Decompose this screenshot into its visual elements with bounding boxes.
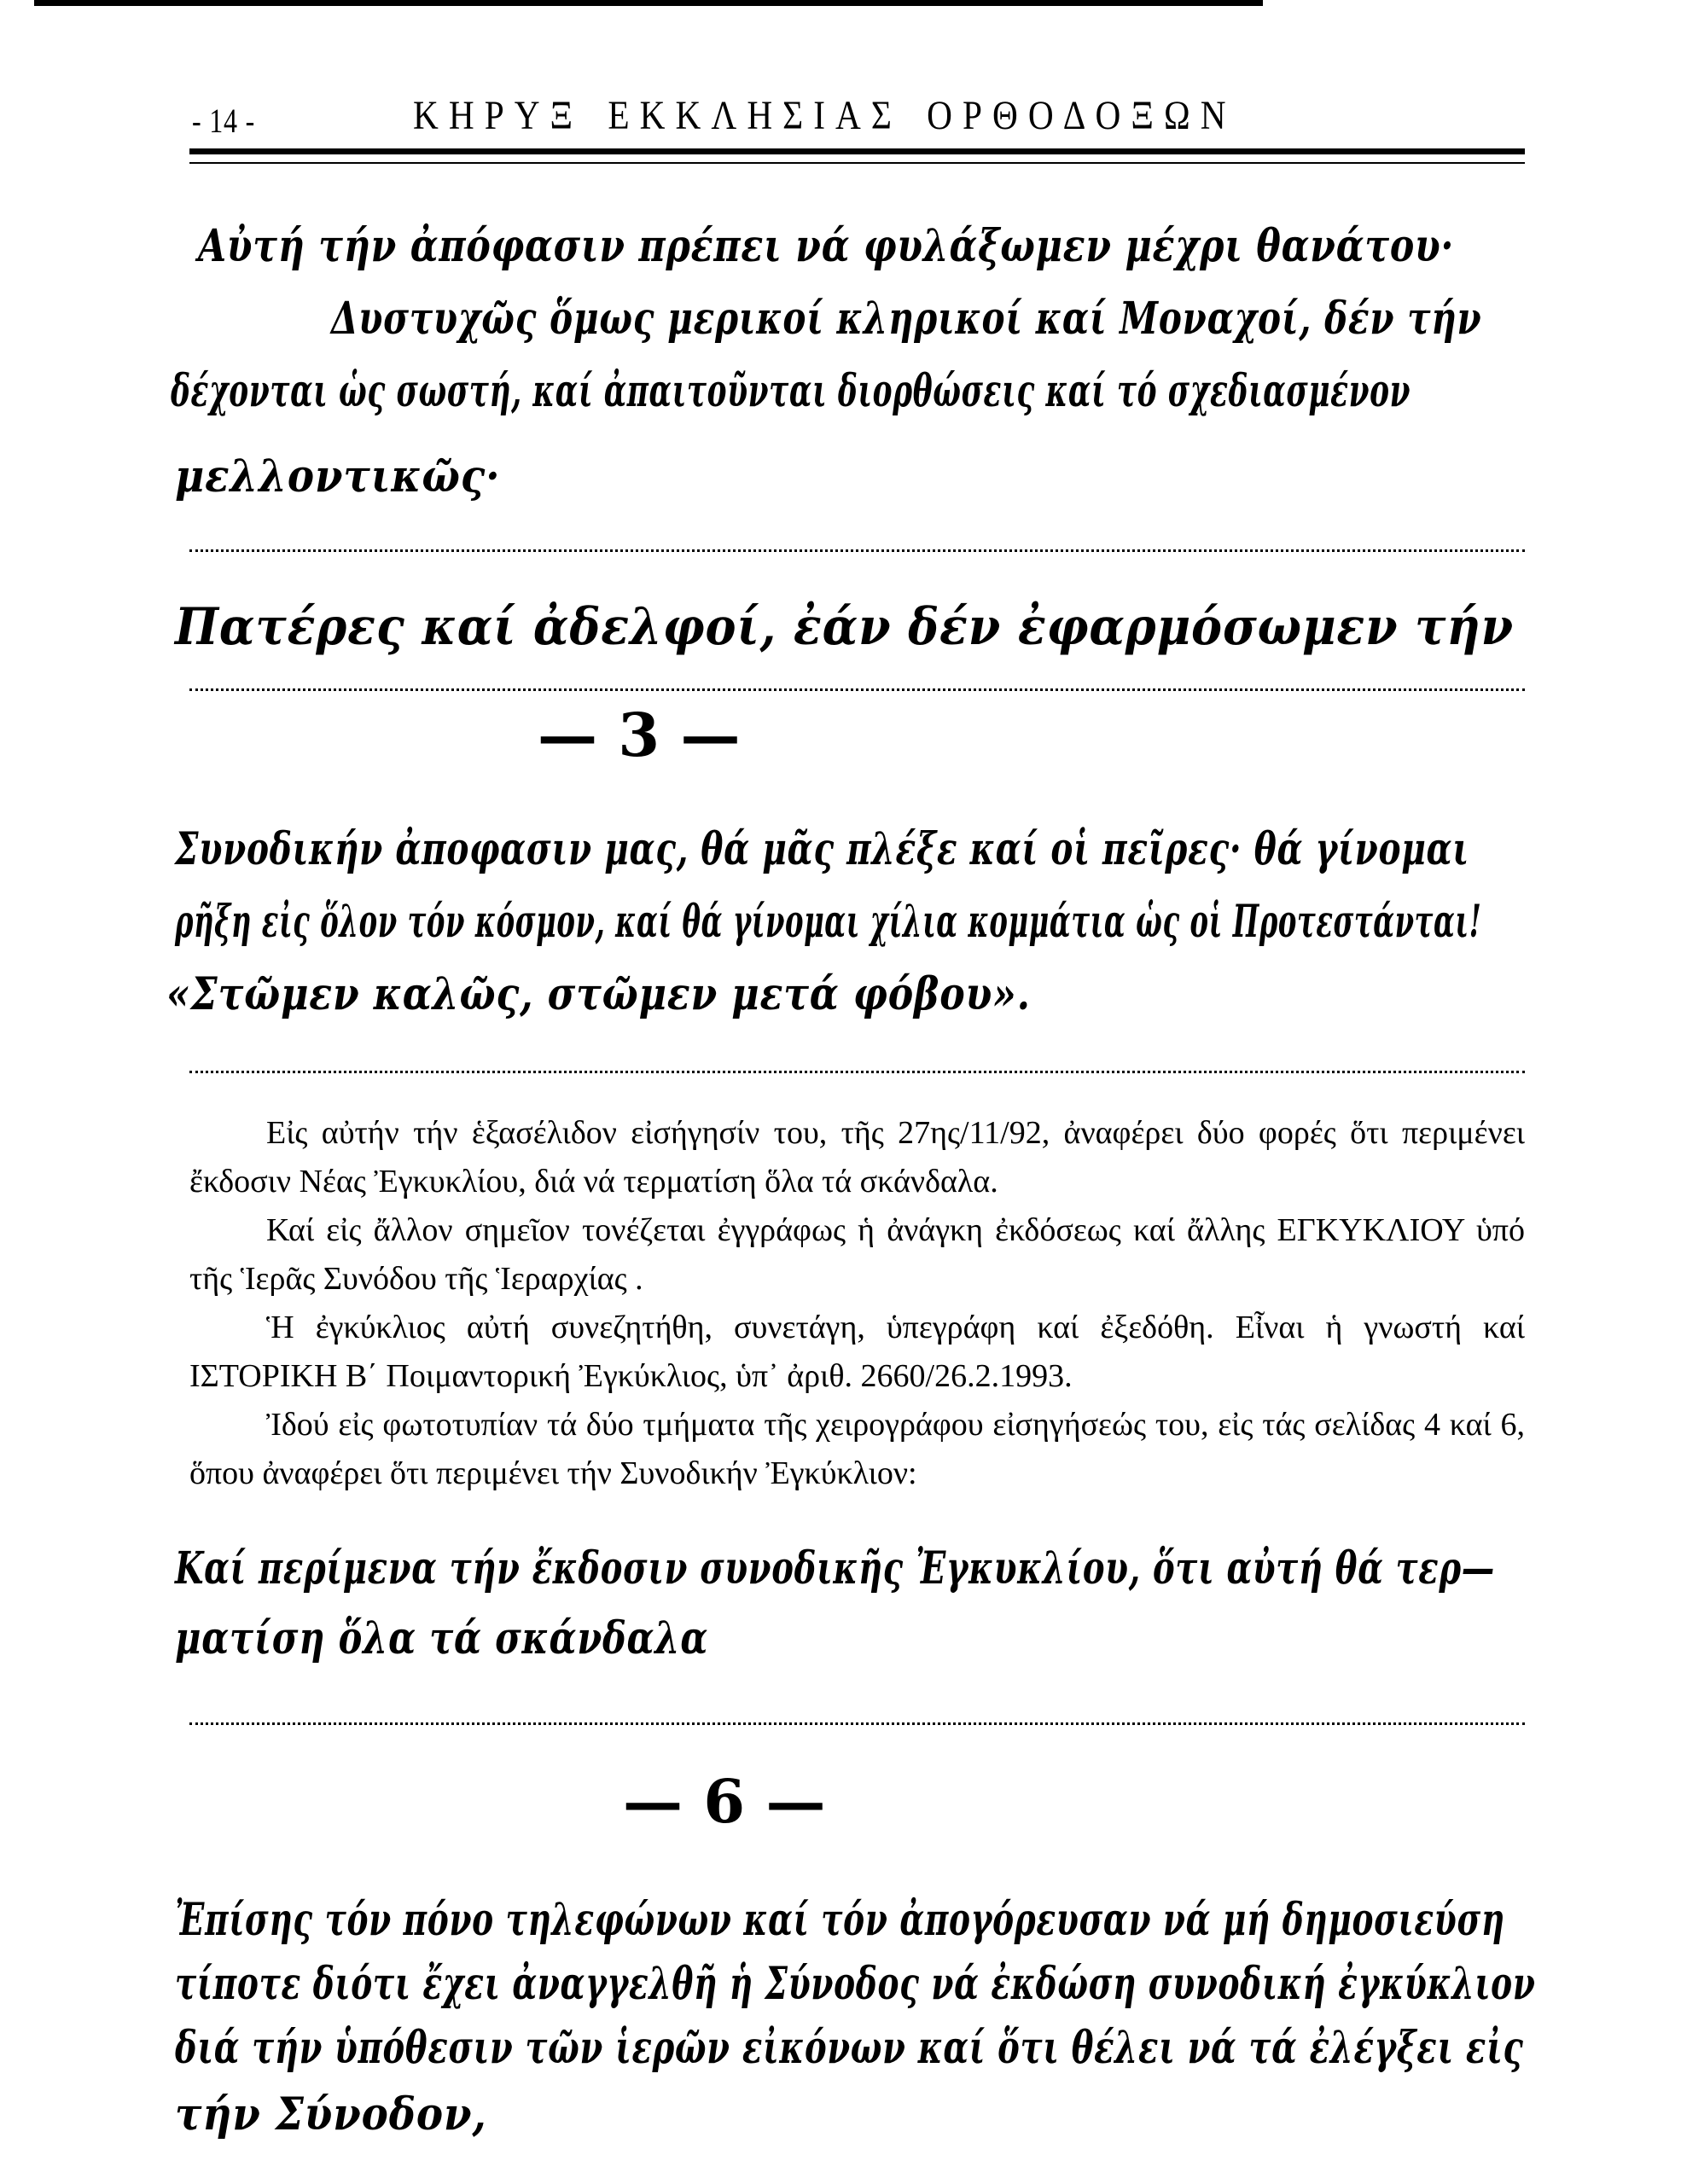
dotted-separator <box>189 1071 1525 1073</box>
handwritten-line: Πατέρες καί ἀδελφοί, ἐάν δέν ἐφαρμόσωμεν… <box>175 597 1514 657</box>
handwritten-line: Ἐπίσης τόν πόνο τηλεφώνων καί τόν ἀπογόρ… <box>175 1894 1505 1946</box>
paragraph: Ἡ ἐγκύκλιος αὐτή συνεζητήθη, συνετάγη, ὑ… <box>189 1304 1525 1401</box>
paragraph: Ἰδού εἰς φωτοτυπίαν τά δύο τμήματα τῆς χ… <box>189 1401 1525 1498</box>
title-word-1: ΚΗΡΥΞ <box>413 93 583 138</box>
paragraph: Εἰς αὐτήν τήν ἑξασέλιδον εἰσήγησίν του, … <box>189 1109 1525 1206</box>
printed-body-text: Εἰς αὐτήν τήν ἑξασέλιδον εἰσήγησίν του, … <box>189 1109 1525 1498</box>
handwritten-line: διά τήν ὑπόθεσιν τῶν ἱερῶν εἰκόνων καί ὅ… <box>175 2022 1524 2074</box>
handwritten-line: Αὐτή τήν ἀπόφασιν πρέπει νά φυλάξωμεν μέ… <box>198 220 1454 272</box>
handwritten-line: Δυστυχῶς ὅμως μερικοί κληρικοί καί Μοναχ… <box>331 293 1481 345</box>
handwritten-line: ρῆξη εἰς ὅλον τόν κόσμον, καί θά γίνομαι… <box>175 896 1481 948</box>
manuscript-page-mark-6: — 6 — <box>623 1766 825 1837</box>
header-rule-thin <box>189 162 1525 164</box>
handwritten-line: μελλοντικῶς· <box>175 450 500 502</box>
scan-top-border <box>34 0 1263 6</box>
dotted-separator <box>189 688 1525 691</box>
paragraph: Καί εἰς ἄλλον σημεῖον τονέζεται ἐγγράφως… <box>189 1206 1525 1304</box>
page-number: - 14 - <box>192 101 255 141</box>
manuscript-page-mark-3: — 3 — <box>538 700 740 770</box>
handwritten-line: τήν Σύνοδον, <box>175 2088 487 2140</box>
title-word-3: ΟΡΘΟΔΟΞΩΝ <box>927 93 1236 138</box>
handwritten-line: Καί περίμενα τήν ἔκδοσιν συνοδικῆς Ἐγκυκ… <box>175 1542 1495 1594</box>
page-header: - 14 - ΚΗΡΥΞΕΚΚΛΗΣΙΑΣΟΡΘΟΔΟΞΩΝ <box>189 92 1525 169</box>
handwritten-line: ματίση ὅλα τά σκάνδαλα <box>175 1612 708 1664</box>
handwritten-line: δέχονται ὡς σωστή, καί ἀπαιτοῦνται διορθ… <box>171 365 1411 417</box>
dotted-separator <box>189 1722 1525 1725</box>
publication-title: ΚΗΡΥΞΕΚΚΛΗΣΙΑΣΟΡΘΟΔΟΞΩΝ <box>413 92 1236 139</box>
handwritten-line: Συνοδικήν ἀποφασιν μας, θά μᾶς πλέξε καί… <box>175 823 1469 875</box>
handwritten-line: «Στῶμεν καλῶς, στῶμεν μετά φόβου». <box>166 968 1031 1020</box>
handwritten-line: τίποτε διότι ἔχει ἀναγγελθῆ ἡ Σύνοδος νά… <box>175 1958 1536 2010</box>
dotted-separator <box>189 549 1525 552</box>
title-word-2: ΕΚΚΛΗΣΙΑΣ <box>608 93 902 138</box>
header-rule-thick <box>189 148 1525 154</box>
